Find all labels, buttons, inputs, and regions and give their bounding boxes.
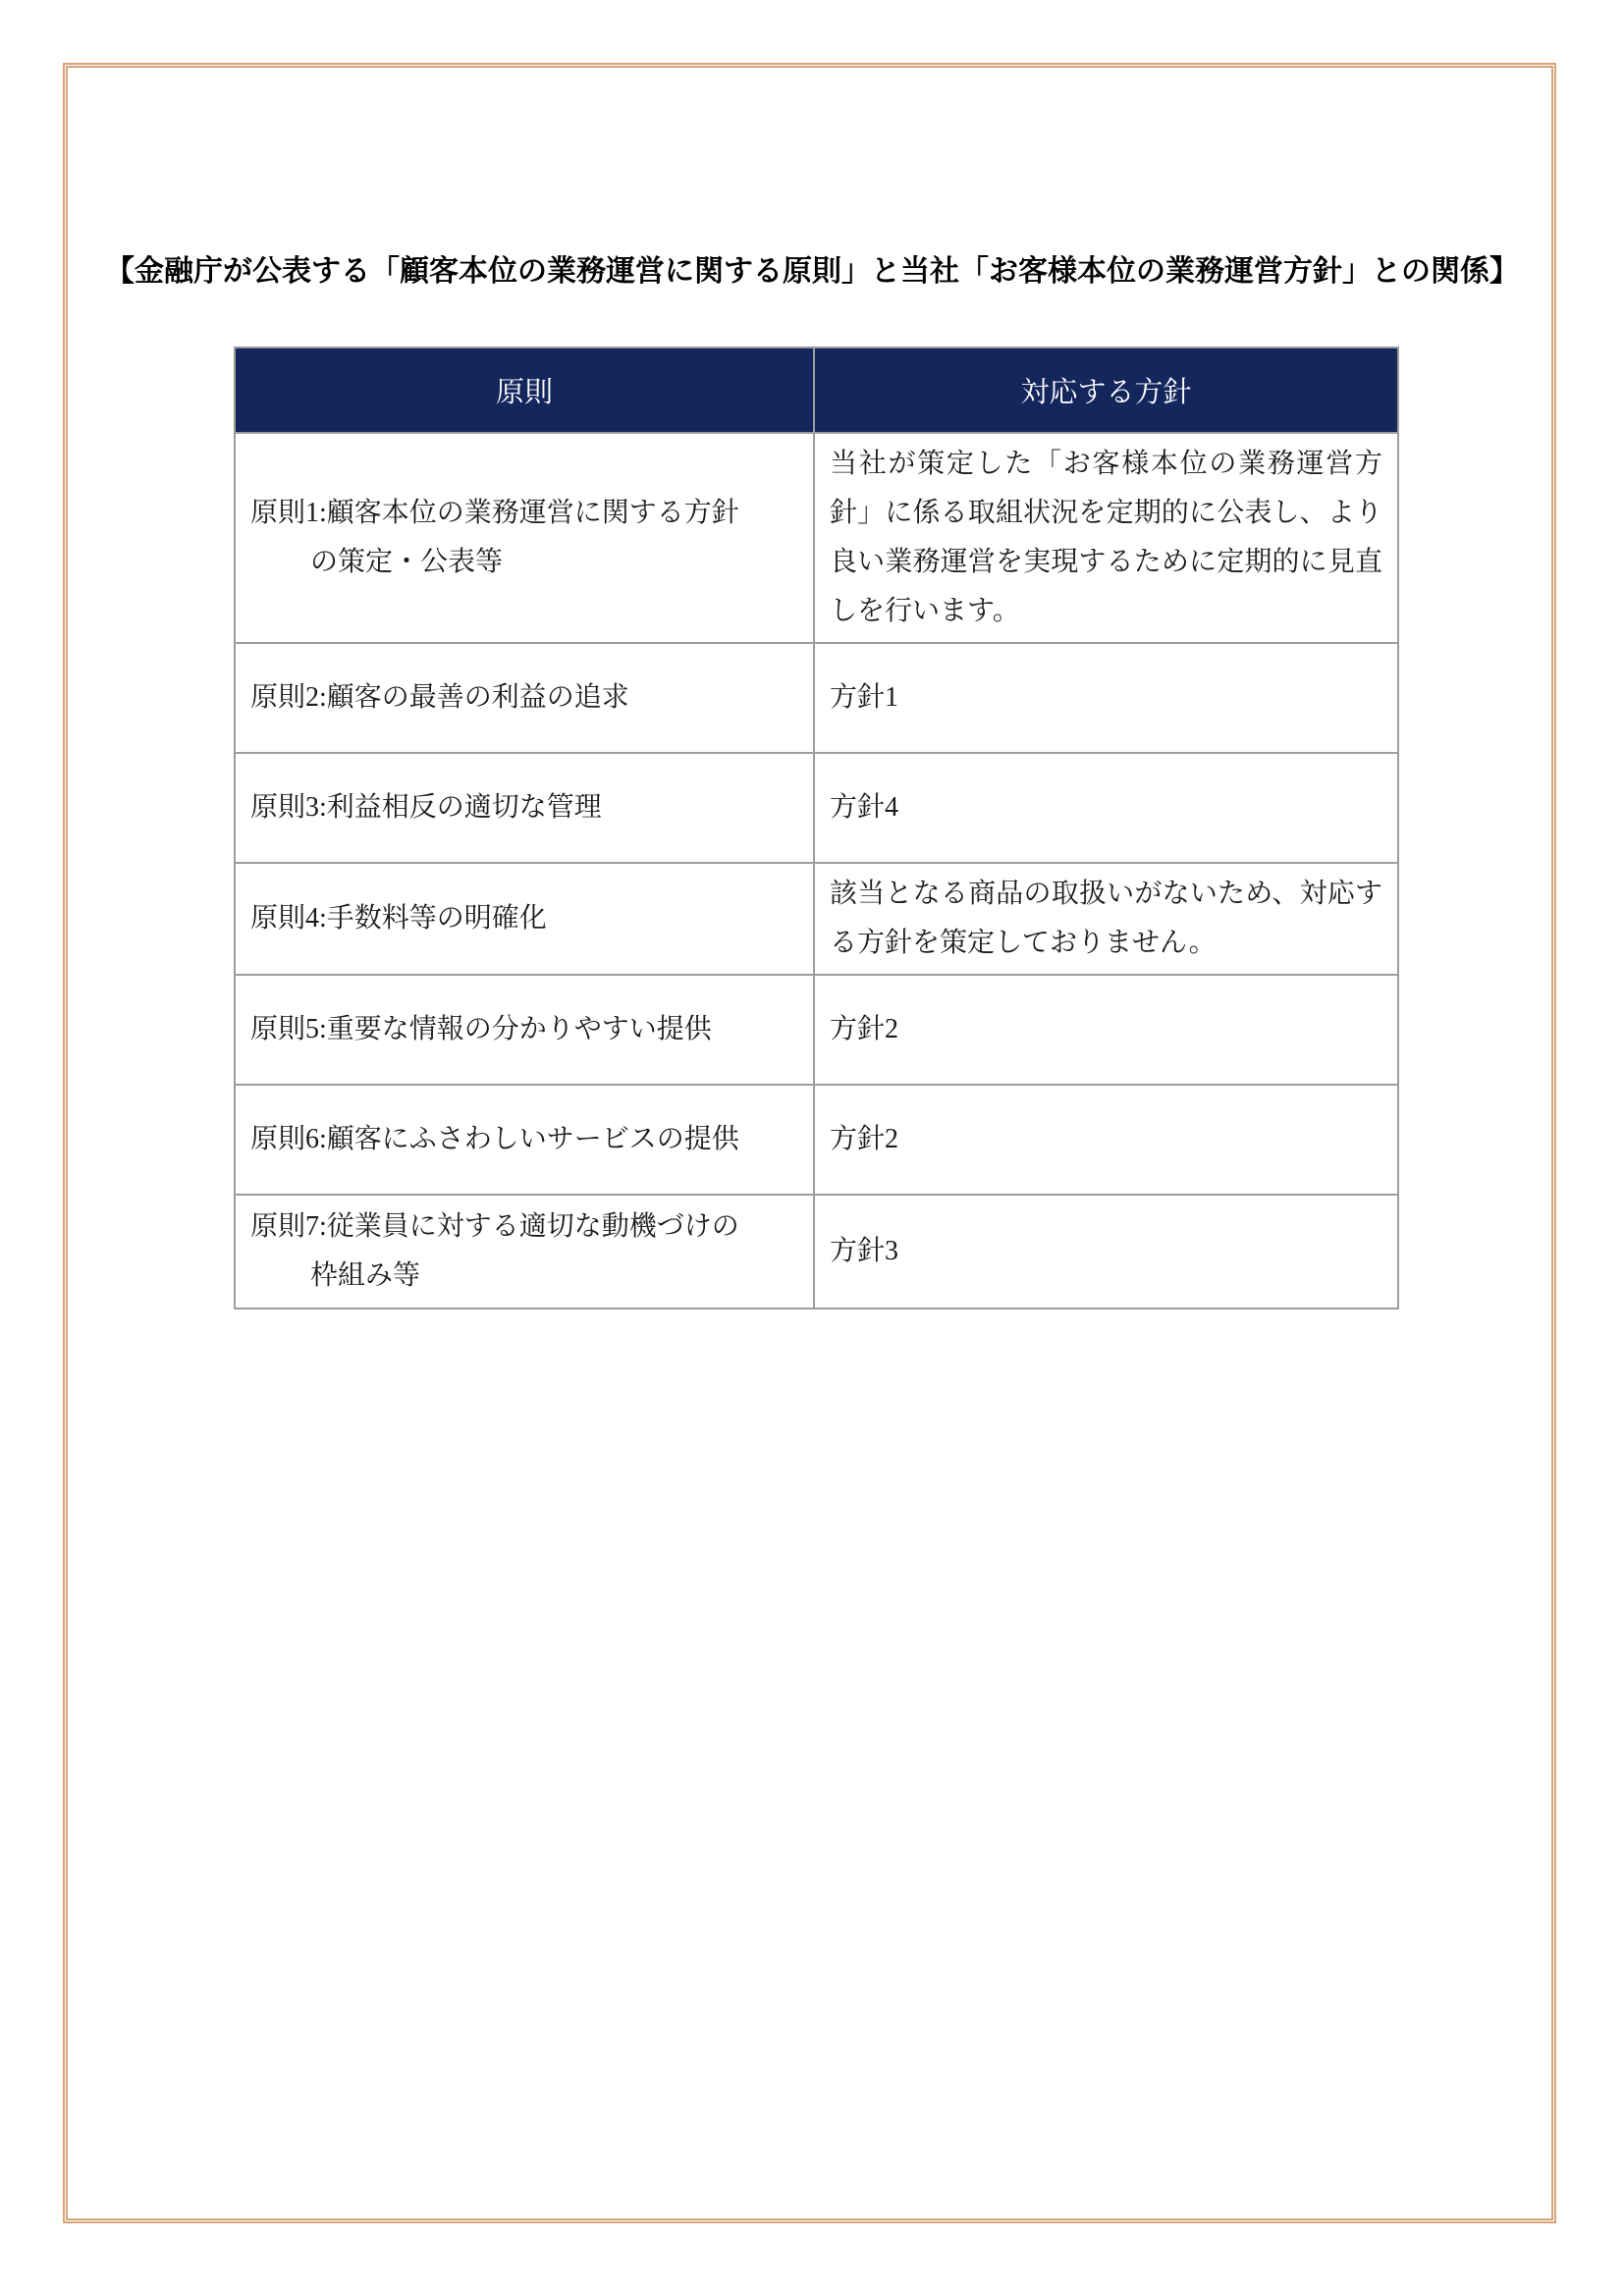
principle-text: 原則7:従業員に対する適切な動機づけの: [250, 1202, 798, 1252]
policy-cell: 当社が策定した「お客様本位の業務運営方針」に係る取組状況を定期的に公表し、より良…: [814, 433, 1398, 643]
principle-cell: 原則4:手数料等の明確化: [235, 863, 814, 975]
principles-policies-table: 原則 対応する方針 原則1:顧客本位の業務運営に関する方針 の策定・公表等 当社…: [234, 347, 1399, 1309]
principle-text: 原則3:利益相反の適切な管理: [250, 783, 798, 832]
table-row: 原則4:手数料等の明確化 該当となる商品の取扱いがないため、対応する方針を策定し…: [235, 863, 1398, 975]
principle-text: 原則6:顧客にふさわしいサービスの提供: [250, 1115, 798, 1164]
table-row: 原則6:顧客にふさわしいサービスの提供 方針2: [235, 1085, 1398, 1195]
policy-text: 方針1: [830, 673, 1382, 722]
principle-text-continuation: の策定・公表等: [250, 538, 798, 587]
policy-text: 当社が策定した「お客様本位の業務運営方針」に係る取組状況を定期的に公表し、より良…: [830, 440, 1382, 636]
principle-cell: 原則2:顧客の最善の利益の追求: [235, 643, 814, 753]
table-row: 原則2:顧客の最善の利益の追求 方針1: [235, 643, 1398, 753]
principle-text: 原則5:重要な情報の分かりやすい提供: [250, 1005, 798, 1054]
policy-text: 方針4: [830, 783, 1382, 832]
table-row: 原則5:重要な情報の分かりやすい提供 方針2: [235, 975, 1398, 1085]
principle-cell: 原則7:従業員に対する適切な動機づけの 枠組み等: [235, 1195, 814, 1308]
policy-cell: 方針1: [814, 643, 1398, 753]
policy-cell: 方針4: [814, 753, 1398, 863]
policy-text: 方針3: [830, 1227, 1382, 1276]
col-header-principle: 原則: [235, 347, 814, 433]
policy-text: 方針2: [830, 1005, 1382, 1054]
principle-cell: 原則6:顧客にふさわしいサービスの提供: [235, 1085, 814, 1195]
page-title: 【金融庁が公表する「顧客本位の業務運営に関する原則」と当社「お客様本位の業務運営…: [0, 246, 1624, 290]
principle-text: 原則2:顧客の最善の利益の追求: [250, 673, 798, 722]
table-row: 原則1:顧客本位の業務運営に関する方針 の策定・公表等 当社が策定した「お客様本…: [235, 433, 1398, 643]
relation-table-container: 原則 対応する方針 原則1:顧客本位の業務運営に関する方針 の策定・公表等 当社…: [234, 347, 1397, 1309]
principle-text: 原則4:手数料等の明確化: [250, 894, 798, 943]
policy-text: 方針2: [830, 1115, 1382, 1164]
table-row: 原則7:従業員に対する適切な動機づけの 枠組み等 方針3: [235, 1195, 1398, 1308]
principle-cell: 原則1:顧客本位の業務運営に関する方針 の策定・公表等: [235, 433, 814, 643]
principle-text-continuation: 枠組み等: [250, 1252, 798, 1301]
policy-cell: 方針2: [814, 975, 1398, 1085]
table-header-row: 原則 対応する方針: [235, 347, 1398, 433]
policy-text: 該当となる商品の取扱いがないため、対応する方針を策定しておりません。: [830, 870, 1382, 968]
policy-cell: 該当となる商品の取扱いがないため、対応する方針を策定しておりません。: [814, 863, 1398, 975]
policy-cell: 方針3: [814, 1195, 1398, 1308]
table-row: 原則3:利益相反の適切な管理 方針4: [235, 753, 1398, 863]
principle-text: 原則1:顧客本位の業務運営に関する方針: [250, 489, 798, 538]
policy-cell: 方針2: [814, 1085, 1398, 1195]
col-header-policy: 対応する方針: [814, 347, 1398, 433]
principle-cell: 原則5:重要な情報の分かりやすい提供: [235, 975, 814, 1085]
principle-cell: 原則3:利益相反の適切な管理: [235, 753, 814, 863]
